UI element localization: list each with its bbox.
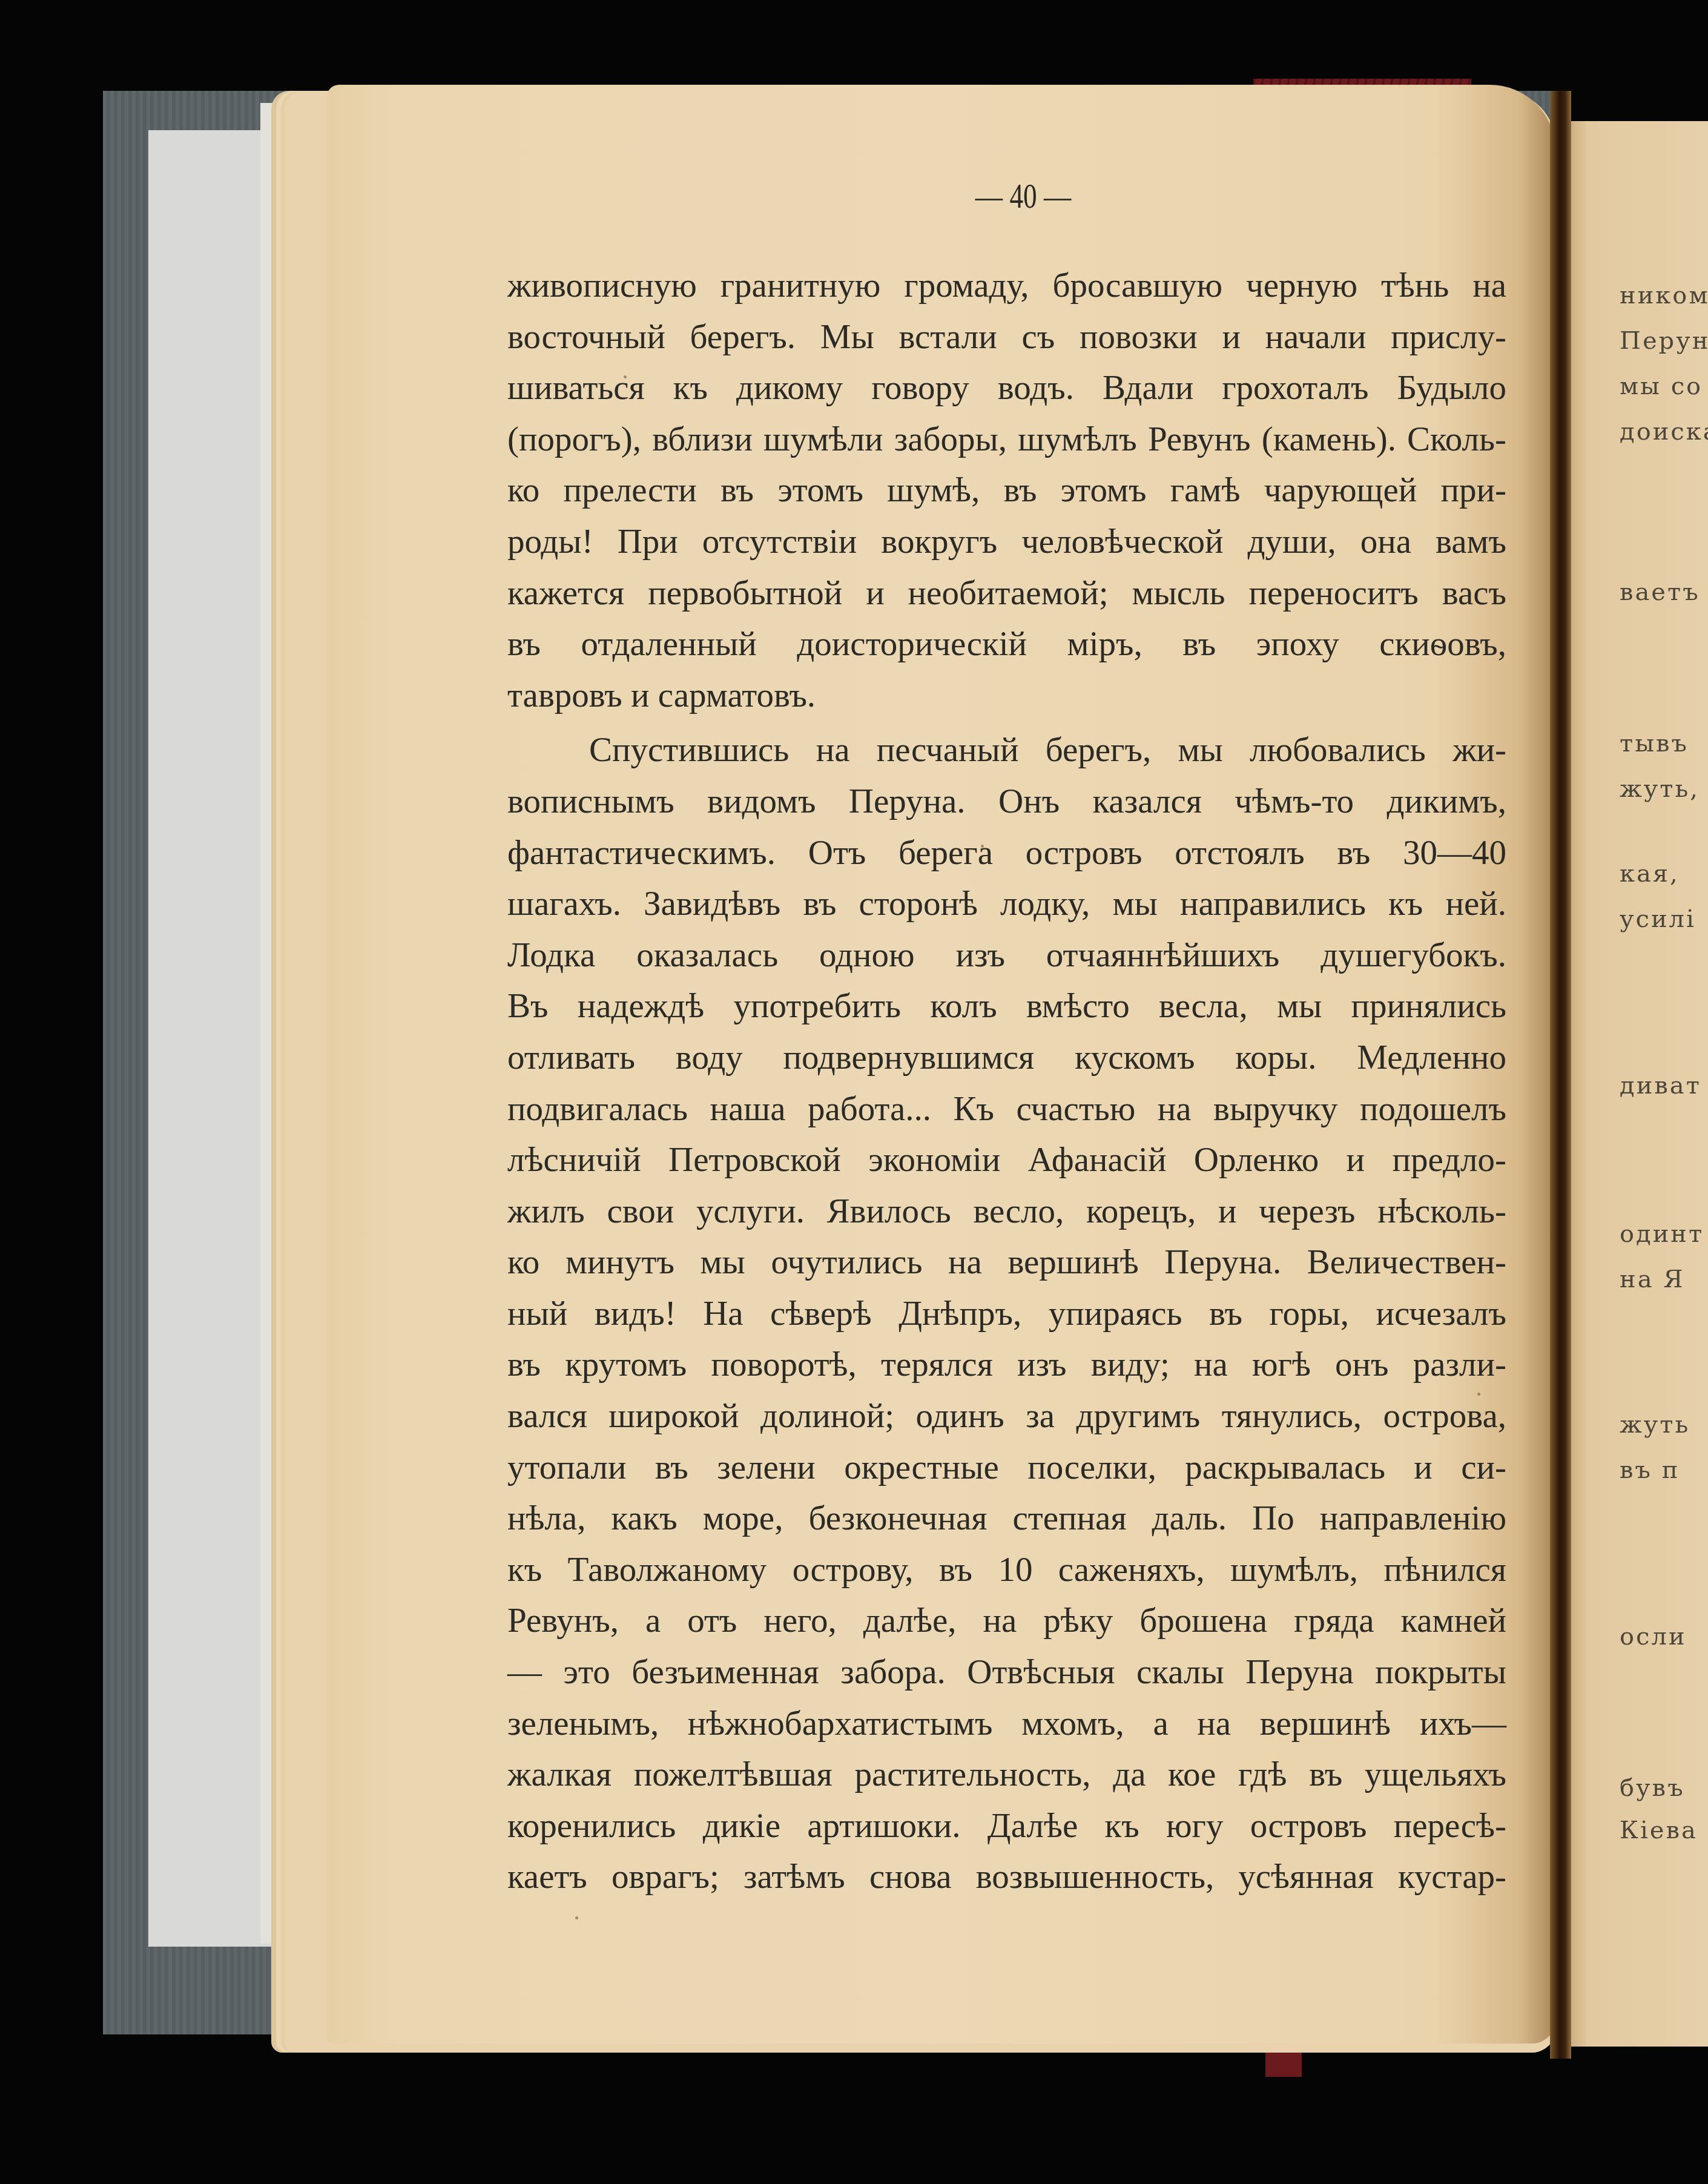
text-line: Въ надеждѣ употребить колъ вмѣсто весла,… [507, 981, 1506, 1032]
page-body-text: живописную гранитную громаду, бросавшую … [507, 260, 1506, 1899]
text-line: Спустившись на песчаный берегъ, мы любов… [507, 725, 1506, 776]
text-line: каетъ оврагъ; затѣмъ снова возвышенность… [507, 1852, 1506, 1903]
next-page-text-fragment: Перун [1620, 327, 1708, 355]
text-line: шагахъ. Завидѣвъ въ сторонѣ лодку, мы на… [507, 879, 1506, 930]
text-line: (порогъ), вблизи шумѣли заборы, шумѣлъ Р… [507, 414, 1506, 466]
next-page-text-fragment: ваетъ [1620, 578, 1700, 606]
text-line: — это безъименная забора. Отвѣсныя скалы… [507, 1647, 1506, 1698]
text-line: восточный берегъ. Мы встали съ повозки и… [507, 312, 1506, 363]
text-line: ко прелести въ этомъ шумѣ, въ этомъ гамѣ… [507, 465, 1506, 516]
next-page-text-fragment: диват [1620, 1072, 1701, 1100]
paper-speck [1477, 1393, 1480, 1396]
text-line: живописную гранитную громаду, бросавшую … [507, 260, 1506, 312]
next-page-text-fragment: ником [1620, 282, 1708, 309]
text-line: фантастическимъ. Отъ берега островъ отст… [507, 828, 1506, 879]
next-page-text-fragment: на Я [1620, 1265, 1685, 1293]
spine-headband-bottom [1265, 2050, 1302, 2077]
text-line: ный видъ! На сѣверѣ Днѣпръ, упираясь въ … [507, 1288, 1506, 1340]
next-page-text-fragment: кая, [1620, 860, 1680, 888]
text-line: шиваться къ дикому говору водъ. Вдали гр… [507, 363, 1506, 414]
text-line: лѣсничій Петровской экономіи Афанасій Ор… [507, 1135, 1506, 1186]
next-page-text-fragment: тывъ [1620, 730, 1689, 757]
text-line: нѣла, какъ море, безконечная степная дал… [507, 1493, 1506, 1545]
paper-speck [981, 845, 984, 848]
text-line: Лодка оказалась одною изъ отчаяннѣйшихъ … [507, 930, 1506, 981]
text-line: утопали въ зелени окрестные поселки, рас… [507, 1442, 1506, 1494]
next-page-text-fragment: осли [1620, 1623, 1687, 1651]
next-page-text-fragment: въ п [1620, 1456, 1680, 1484]
book-page-right-partial: никомПерунмы содоискаваетътывъжуть,кая,у… [1571, 121, 1708, 2047]
text-line: жилъ свои услуги. Явилось весло, корецъ,… [507, 1186, 1506, 1238]
paper-speck [624, 375, 627, 378]
text-line: коренились дикіе артишоки. Далѣе къ югу … [507, 1801, 1506, 1852]
next-page-text-fragment: жуть, [1620, 775, 1700, 803]
page-number: — 40 — [952, 176, 1094, 216]
text-line: зеленымъ, нѣжнобархатистымъ мхомъ, а на … [507, 1698, 1506, 1750]
next-page-text-fragment: мы со [1620, 372, 1703, 400]
text-line: жалкая пожелтѣвшая растительность, да ко… [507, 1749, 1506, 1801]
next-page-text-fragment: Кіева [1620, 1816, 1698, 1844]
text-line: роды! При отсутствіи вокругъ человѣческо… [507, 516, 1506, 568]
next-page-text-fragment: доиска [1620, 418, 1708, 446]
text-line: отливать воду подвернувшимся кускомъ кор… [507, 1032, 1506, 1084]
text-line: къ Таволжаному острову, въ 10 саженяхъ, … [507, 1545, 1506, 1596]
next-page-text-fragment: одинт [1620, 1220, 1704, 1248]
next-page-text-fragment: усилі [1620, 905, 1696, 933]
text-line: кажется первобытной и необитаемой; мысль… [507, 568, 1506, 619]
text-line: въ отдаленный доисторическій міръ, въ эп… [507, 619, 1506, 670]
text-line: тавровъ и сарматовъ. [507, 670, 1506, 722]
paper-speck [575, 1916, 578, 1919]
next-page-text-fragment: жуть [1620, 1411, 1690, 1439]
text-line: Ревунъ, а отъ него, далѣе, на рѣку броше… [507, 1595, 1506, 1647]
next-page-text-fragment: бувъ [1620, 1774, 1685, 1802]
text-line: подвигалась наша работа... Къ счастью на… [507, 1084, 1506, 1135]
book-gutter [1550, 91, 1571, 2059]
text-line: вался широкой долиной; одинъ за другимъ … [507, 1391, 1506, 1442]
text-line: ко минутъ мы очутились на вершинѣ Перуна… [507, 1237, 1506, 1288]
text-line: вописнымъ видомъ Перуна. Онъ казался чѣм… [507, 776, 1506, 828]
text-line: въ крутомъ поворотѣ, терялся изъ виду; н… [507, 1339, 1506, 1391]
